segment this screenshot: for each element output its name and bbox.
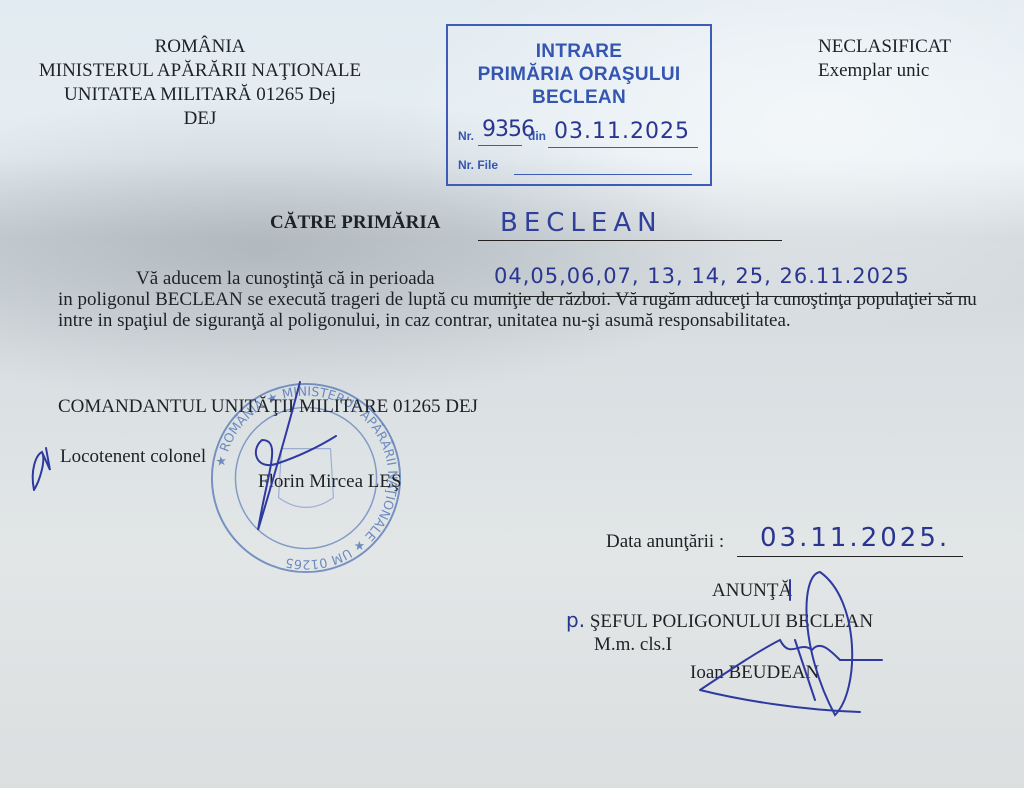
stamp-file-label: Nr. File bbox=[458, 158, 498, 172]
range-chief-role: p. ŞEFUL POLIGONULUI BECLEAN bbox=[566, 608, 873, 633]
dates-line bbox=[492, 296, 970, 297]
stamp-din-label: din bbox=[528, 129, 546, 143]
announcement-date-line bbox=[737, 556, 963, 557]
on-behalf-prefix: p. bbox=[566, 608, 585, 632]
classification-label: NECLASIFICAT bbox=[818, 35, 951, 59]
stamp-title: INTRARE PRIMĂRIA ORAŞULUI BECLEAN bbox=[448, 40, 710, 109]
stamp-file-line bbox=[514, 174, 692, 175]
stamp-line-1: INTRARE bbox=[448, 40, 710, 63]
dates-value: 04,05,06,07, 13, 14, 25, 26.11.2025 bbox=[494, 264, 910, 288]
stamp-nr-label: Nr. bbox=[458, 129, 474, 143]
classification-block: NECLASIFICAT Exemplar unic bbox=[818, 35, 951, 83]
stamp-din-value: 03.11.2025 bbox=[554, 119, 690, 144]
registration-stamp: INTRARE PRIMĂRIA ORAŞULUI BECLEAN Nr. 93… bbox=[446, 24, 712, 186]
header-unit: UNITATEA MILITARĂ 01265 Dej bbox=[0, 83, 400, 107]
stamp-nr-line bbox=[478, 145, 522, 146]
announcement-date-label: Data anunţării : bbox=[606, 531, 724, 553]
commander-rank: Locotenent colonel bbox=[60, 446, 206, 468]
stamp-din-line bbox=[548, 147, 698, 148]
commander-name: Florin Mircea LEŞ bbox=[258, 471, 402, 493]
stamp-line-3: BECLEAN bbox=[448, 86, 710, 109]
header-city: DEJ bbox=[0, 107, 400, 131]
addressee-value: BECLEAN bbox=[500, 208, 663, 238]
commander-title: COMANDANTUL UNITĂŢII MILITARE 01265 DEJ bbox=[58, 396, 478, 418]
copy-label: Exemplar unic bbox=[818, 59, 951, 83]
addressee-line bbox=[478, 240, 782, 241]
header-country: ROMÂNIA bbox=[0, 35, 400, 59]
range-chief-rank: M.m. cls.I bbox=[594, 634, 672, 656]
announcement-heading: ANUNŢĂ bbox=[712, 580, 792, 602]
header-ministry: MINISTERUL APĂRĂRII NAŢIONALE bbox=[0, 59, 400, 83]
range-chief-name: Ioan BEUDEAN bbox=[690, 662, 819, 684]
stamp-line-2: PRIMĂRIA ORAŞULUI bbox=[448, 63, 710, 86]
body-line-1: Vă aducem la cunoştinţă că in perioada bbox=[136, 268, 435, 289]
issuer-header: ROMÂNIA MINISTERUL APĂRĂRII NAŢIONALE UN… bbox=[0, 35, 400, 131]
announcement-date-value: 03.11.2025. bbox=[760, 523, 950, 553]
addressee-label: CĂTRE PRIMĂRIA bbox=[270, 212, 440, 234]
stamp-nr-value: 9356 bbox=[482, 117, 534, 142]
range-chief-title: ŞEFUL POLIGONULUI BECLEAN bbox=[590, 611, 873, 632]
